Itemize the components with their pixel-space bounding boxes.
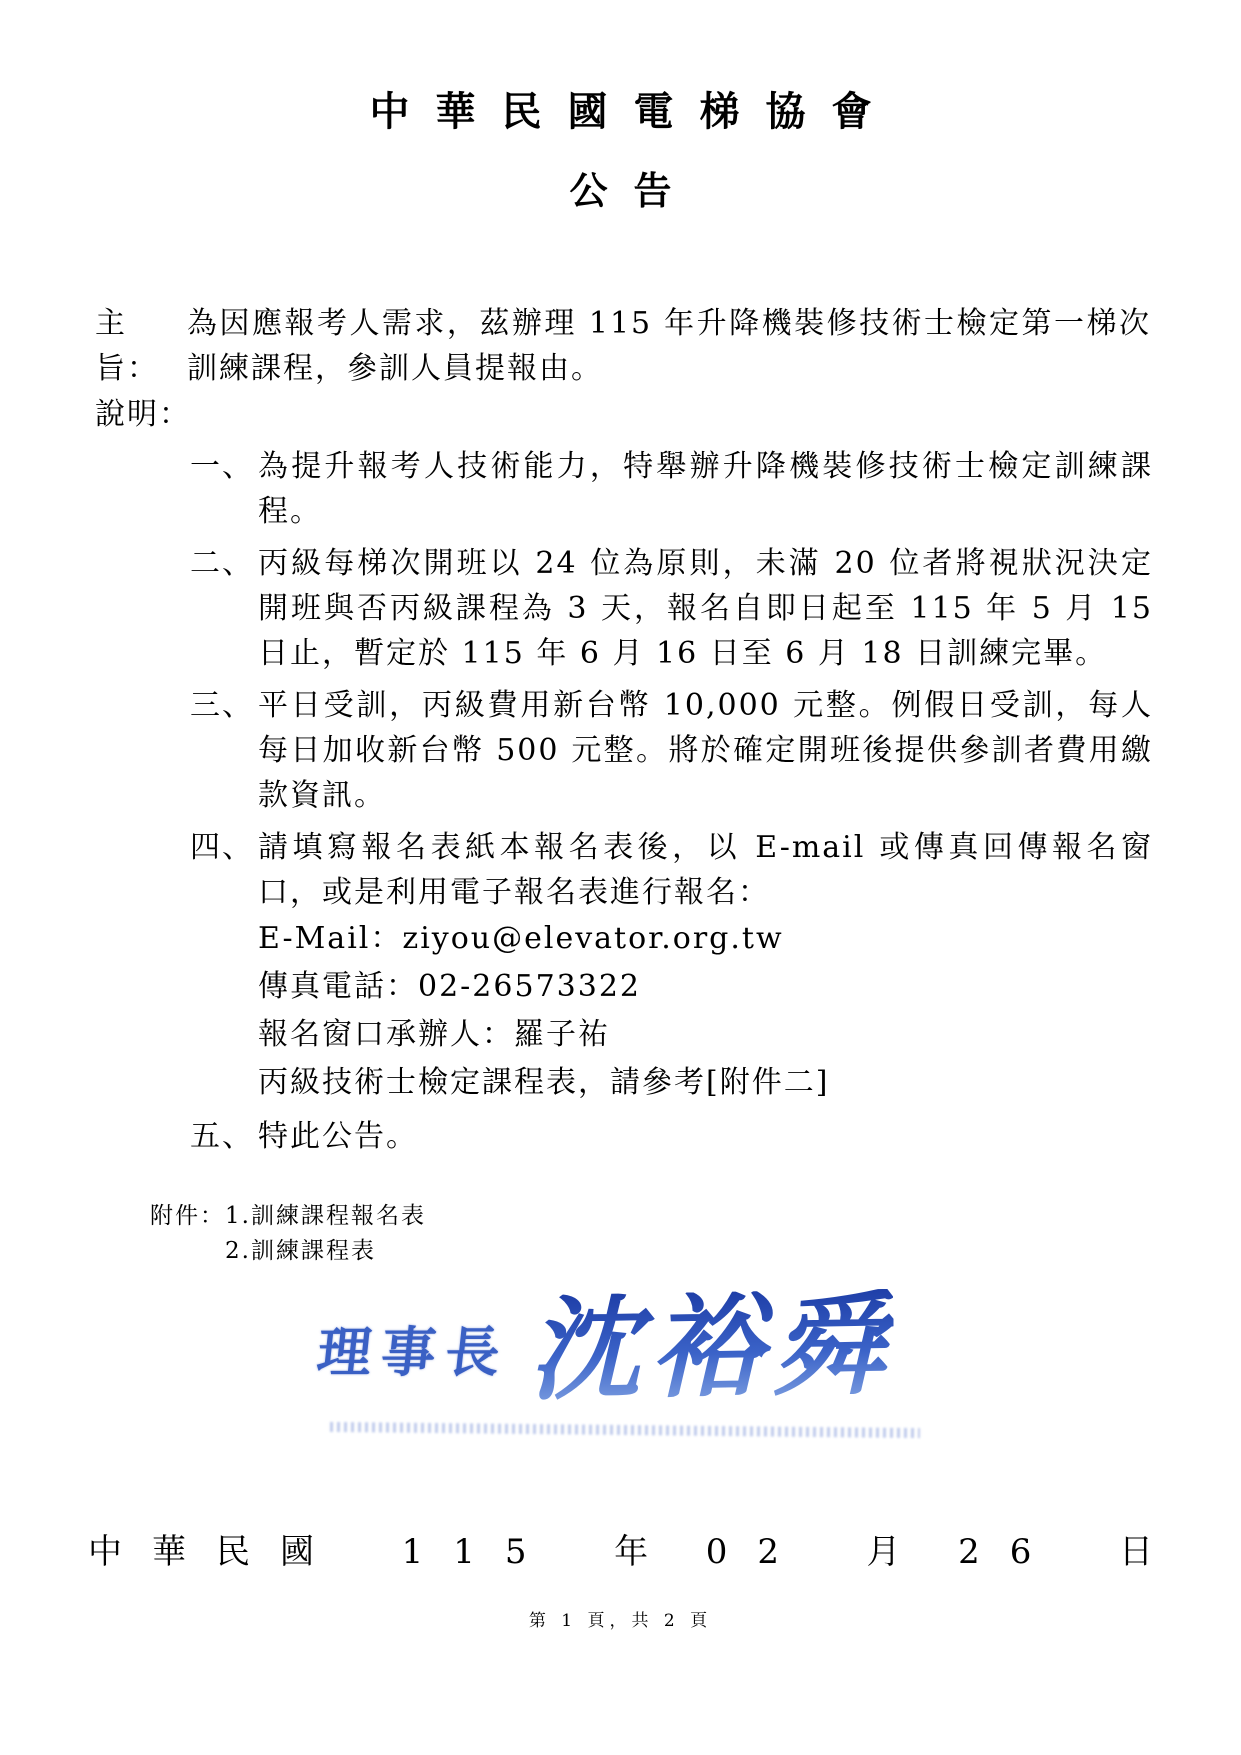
fax-line: 傳真電話：02-26573322	[0, 963, 1241, 1011]
list-item-number: 二、	[190, 541, 258, 676]
date-year-value: 115	[402, 1532, 557, 1573]
document-type-heading: 公告	[0, 166, 1241, 215]
email-line: E-Mail：ziyou@elevator.org.tw	[0, 915, 1241, 963]
organization-title: 中華民國電梯協會	[0, 0, 1241, 138]
list-item-2: 二、 丙級每梯次開班以 24 位為原則，未滿 20 位者將視狀況決定開班與否丙級…	[0, 541, 1241, 676]
list-item-number: 五、	[190, 1114, 258, 1159]
attachments-label: 附件：	[150, 1199, 225, 1269]
date-era: 中華民國	[88, 1532, 344, 1573]
list-item-3: 三、 平日受訓，丙級費用新台幣 10,000 元整。例假日受訓，每人每日加收新台…	[0, 683, 1241, 818]
subject-label: 主旨：	[95, 301, 187, 391]
list-item-text: 平日受訓，丙級費用新台幣 10,000 元整。例假日受訓，每人每日加收新台幣 5…	[258, 683, 1153, 818]
list-item-1: 一、 為提升報考人技術能力，特舉辦升降機裝修技術士檢定訓練課程。	[0, 444, 1241, 534]
stamp-ink-smudge	[330, 1422, 920, 1438]
chairman-title-stamp: 理事長	[314, 1310, 514, 1387]
announcement-page: 中華民國電梯協會 公告 主旨： 為因應報考人需求，茲辦理 115 年升降機裝修技…	[0, 0, 1241, 1755]
list-item-text: 請填寫報名表紙本報名表後，以 E-mail 或傳真回傳報名窗口，或是利用電子報名…	[258, 825, 1153, 915]
chairman-signature-stamp: 沈裕舜	[527, 1289, 895, 1407]
list-item-5: 五、 特此公告。	[0, 1114, 1241, 1159]
list-item-4: 四、 請填寫報名表紙本報名表後，以 E-mail 或傳真回傳報名窗口，或是利用電…	[0, 825, 1241, 915]
attachment-item-1: 1.訓練課程報名表	[225, 1199, 426, 1234]
subject-text: 為因應報考人需求，茲辦理 115 年升降機裝修技術士檢定第一梯次訓練課程，參訓人…	[187, 301, 1151, 391]
date-day-value: 26	[958, 1532, 1061, 1573]
list-item-text: 丙級每梯次開班以 24 位為原則，未滿 20 位者將視狀況決定開班與否丙級課程為…	[258, 541, 1153, 676]
subject-row: 主旨： 為因應報考人需求，茲辦理 115 年升降機裝修技術士檢定第一梯次訓練課程…	[0, 301, 1241, 391]
document-body: 主旨： 為因應報考人需求，茲辦理 115 年升降機裝修技術士檢定第一梯次訓練課程…	[0, 301, 1241, 1269]
date-day-label: 日	[1119, 1532, 1153, 1573]
explanation-label: 說明：	[0, 392, 1241, 437]
date-month-label: 月	[867, 1532, 901, 1573]
contact-person-line: 報名窗口承辦人：羅子祐	[0, 1011, 1241, 1059]
list-item-text: 特此公告。	[258, 1114, 1153, 1159]
attachments-list: 1.訓練課程報名表 2.訓練課程表	[225, 1199, 426, 1269]
attachment-item-2: 2.訓練課程表	[225, 1234, 426, 1269]
chairman-stamp: 理事長 沈裕舜	[318, 1292, 894, 1404]
list-item-number: 三、	[190, 683, 258, 818]
course-table-reference-line: 丙級技術士檢定課程表，請參考[附件二]	[0, 1059, 1241, 1107]
page-number-footer: 第 1 頁，共 2 頁	[0, 1606, 1241, 1631]
date-year-label: 年	[614, 1532, 648, 1573]
attachments-block: 附件： 1.訓練課程報名表 2.訓練課程表	[0, 1199, 1241, 1269]
list-item-number: 四、	[190, 825, 258, 915]
date-month-value: 02	[706, 1532, 809, 1573]
list-item-text: 為提升報考人技術能力，特舉辦升降機裝修技術士檢定訓練課程。	[258, 444, 1153, 534]
list-item-number: 一、	[190, 444, 258, 534]
date-line: 中華民國 115 年 02 月 26 日	[88, 1532, 1153, 1573]
